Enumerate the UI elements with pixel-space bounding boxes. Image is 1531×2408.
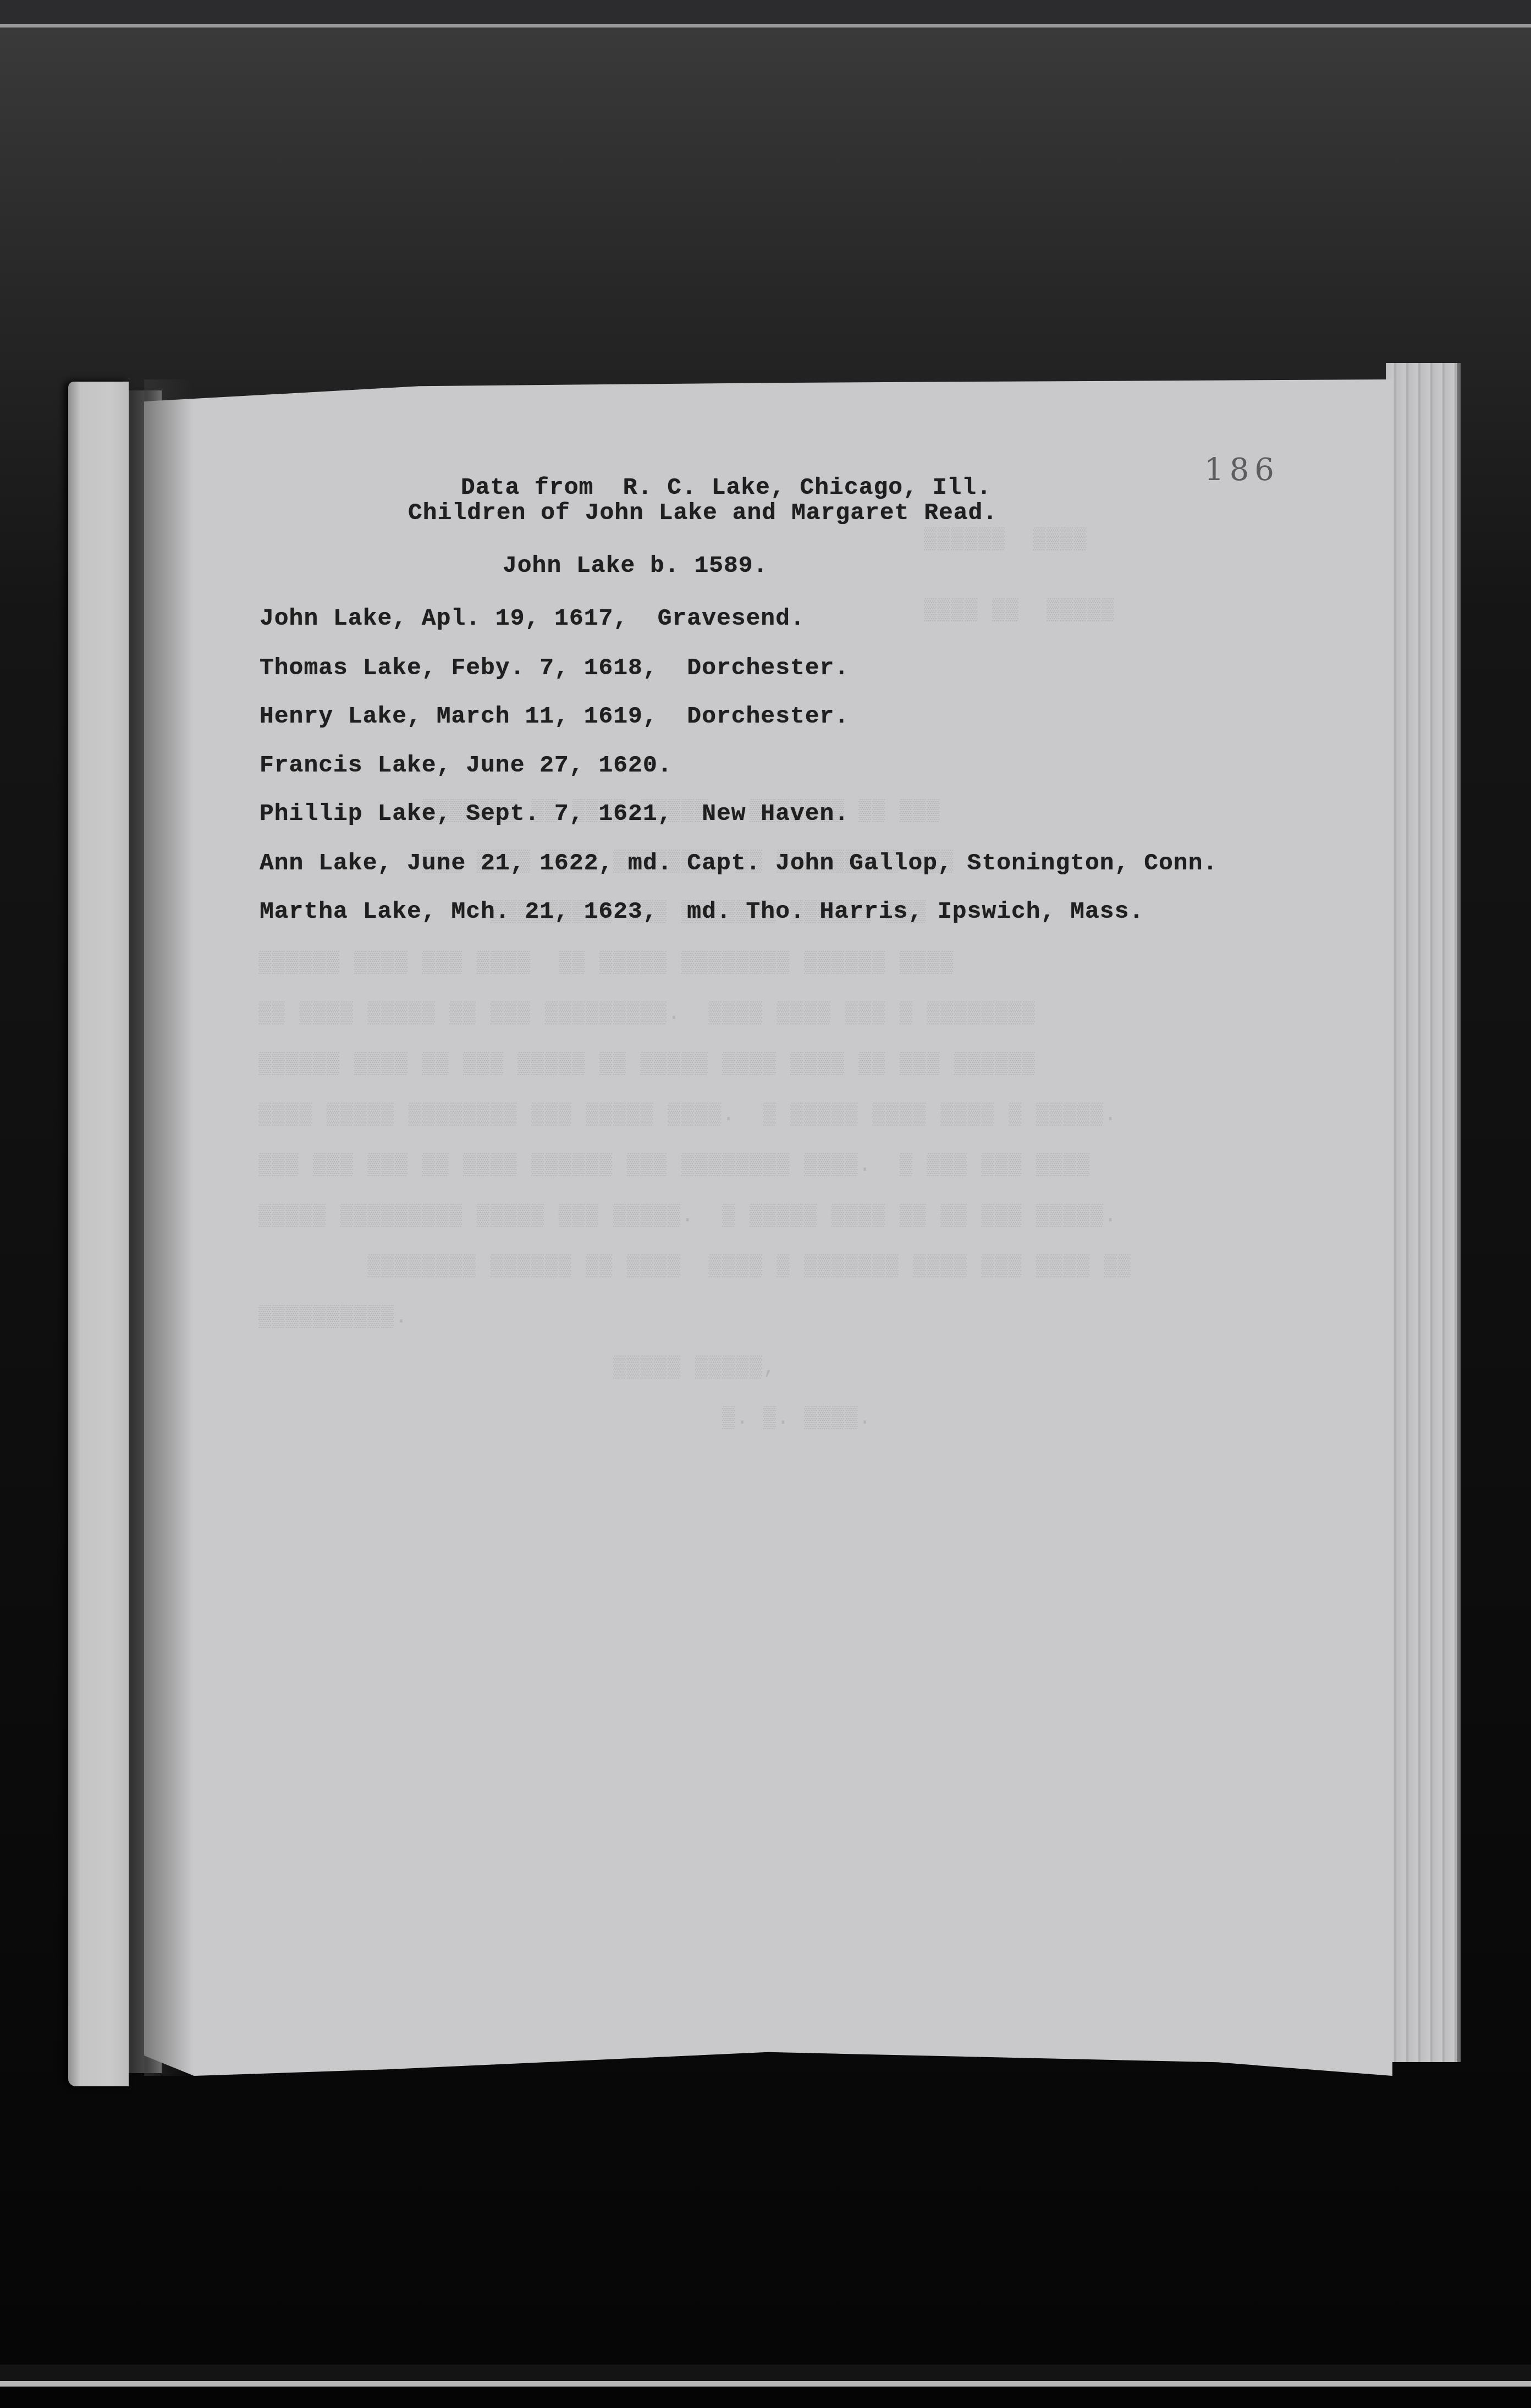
child-entry: John Lake, Apl. 19, 1617, Gravesend.: [260, 605, 805, 632]
film-bottom-edge: [0, 2381, 1531, 2387]
bleed-through-text: ▒▒▒▒▒▒▒ ▒▒ ▒▒▒▒ ▒▒▒▒▒ ▒▒▒▒▒▒▒ ▒▒ ▒▒▒ ▒▒▒…: [258, 786, 1303, 1444]
child-entry: Thomas Lake, Feby. 7, 1618, Dorchester.: [260, 654, 849, 681]
film-top-border: [0, 0, 1531, 24]
parent-entry: John Lake b. 1589.: [503, 552, 768, 579]
heading-line-1: Data from R. C. Lake, Chicago, Ill.: [461, 474, 992, 501]
heading-line-2: Children of John Lake and Margaret Read.: [408, 499, 998, 526]
page-stack-edge: [1386, 363, 1461, 2062]
child-entry: Ann Lake, June 21, 1622, md. Capt. John …: [260, 850, 1218, 877]
left-page-edge: [68, 382, 129, 2086]
child-entry: Henry Lake, March 11, 1619, Dorchester.: [260, 703, 849, 730]
page-gutter-shadow: [144, 379, 194, 2076]
bleed-through-text: ▒▒▒▒▒▒ ▒▒▒▒ ▒▒▒▒ ▒▒ ▒▒▒▒▒: [924, 528, 1115, 622]
film-bottom-border: [0, 2387, 1531, 2408]
child-entry: Martha Lake, Mch. 21, 1623, md. Tho. Har…: [260, 898, 1144, 925]
child-entry: Phillip Lake, Sept. 7, 1621, New Haven.: [260, 800, 849, 827]
child-entry: Francis Lake, June 27, 1620.: [260, 752, 673, 779]
page-number: 186: [1204, 452, 1280, 488]
